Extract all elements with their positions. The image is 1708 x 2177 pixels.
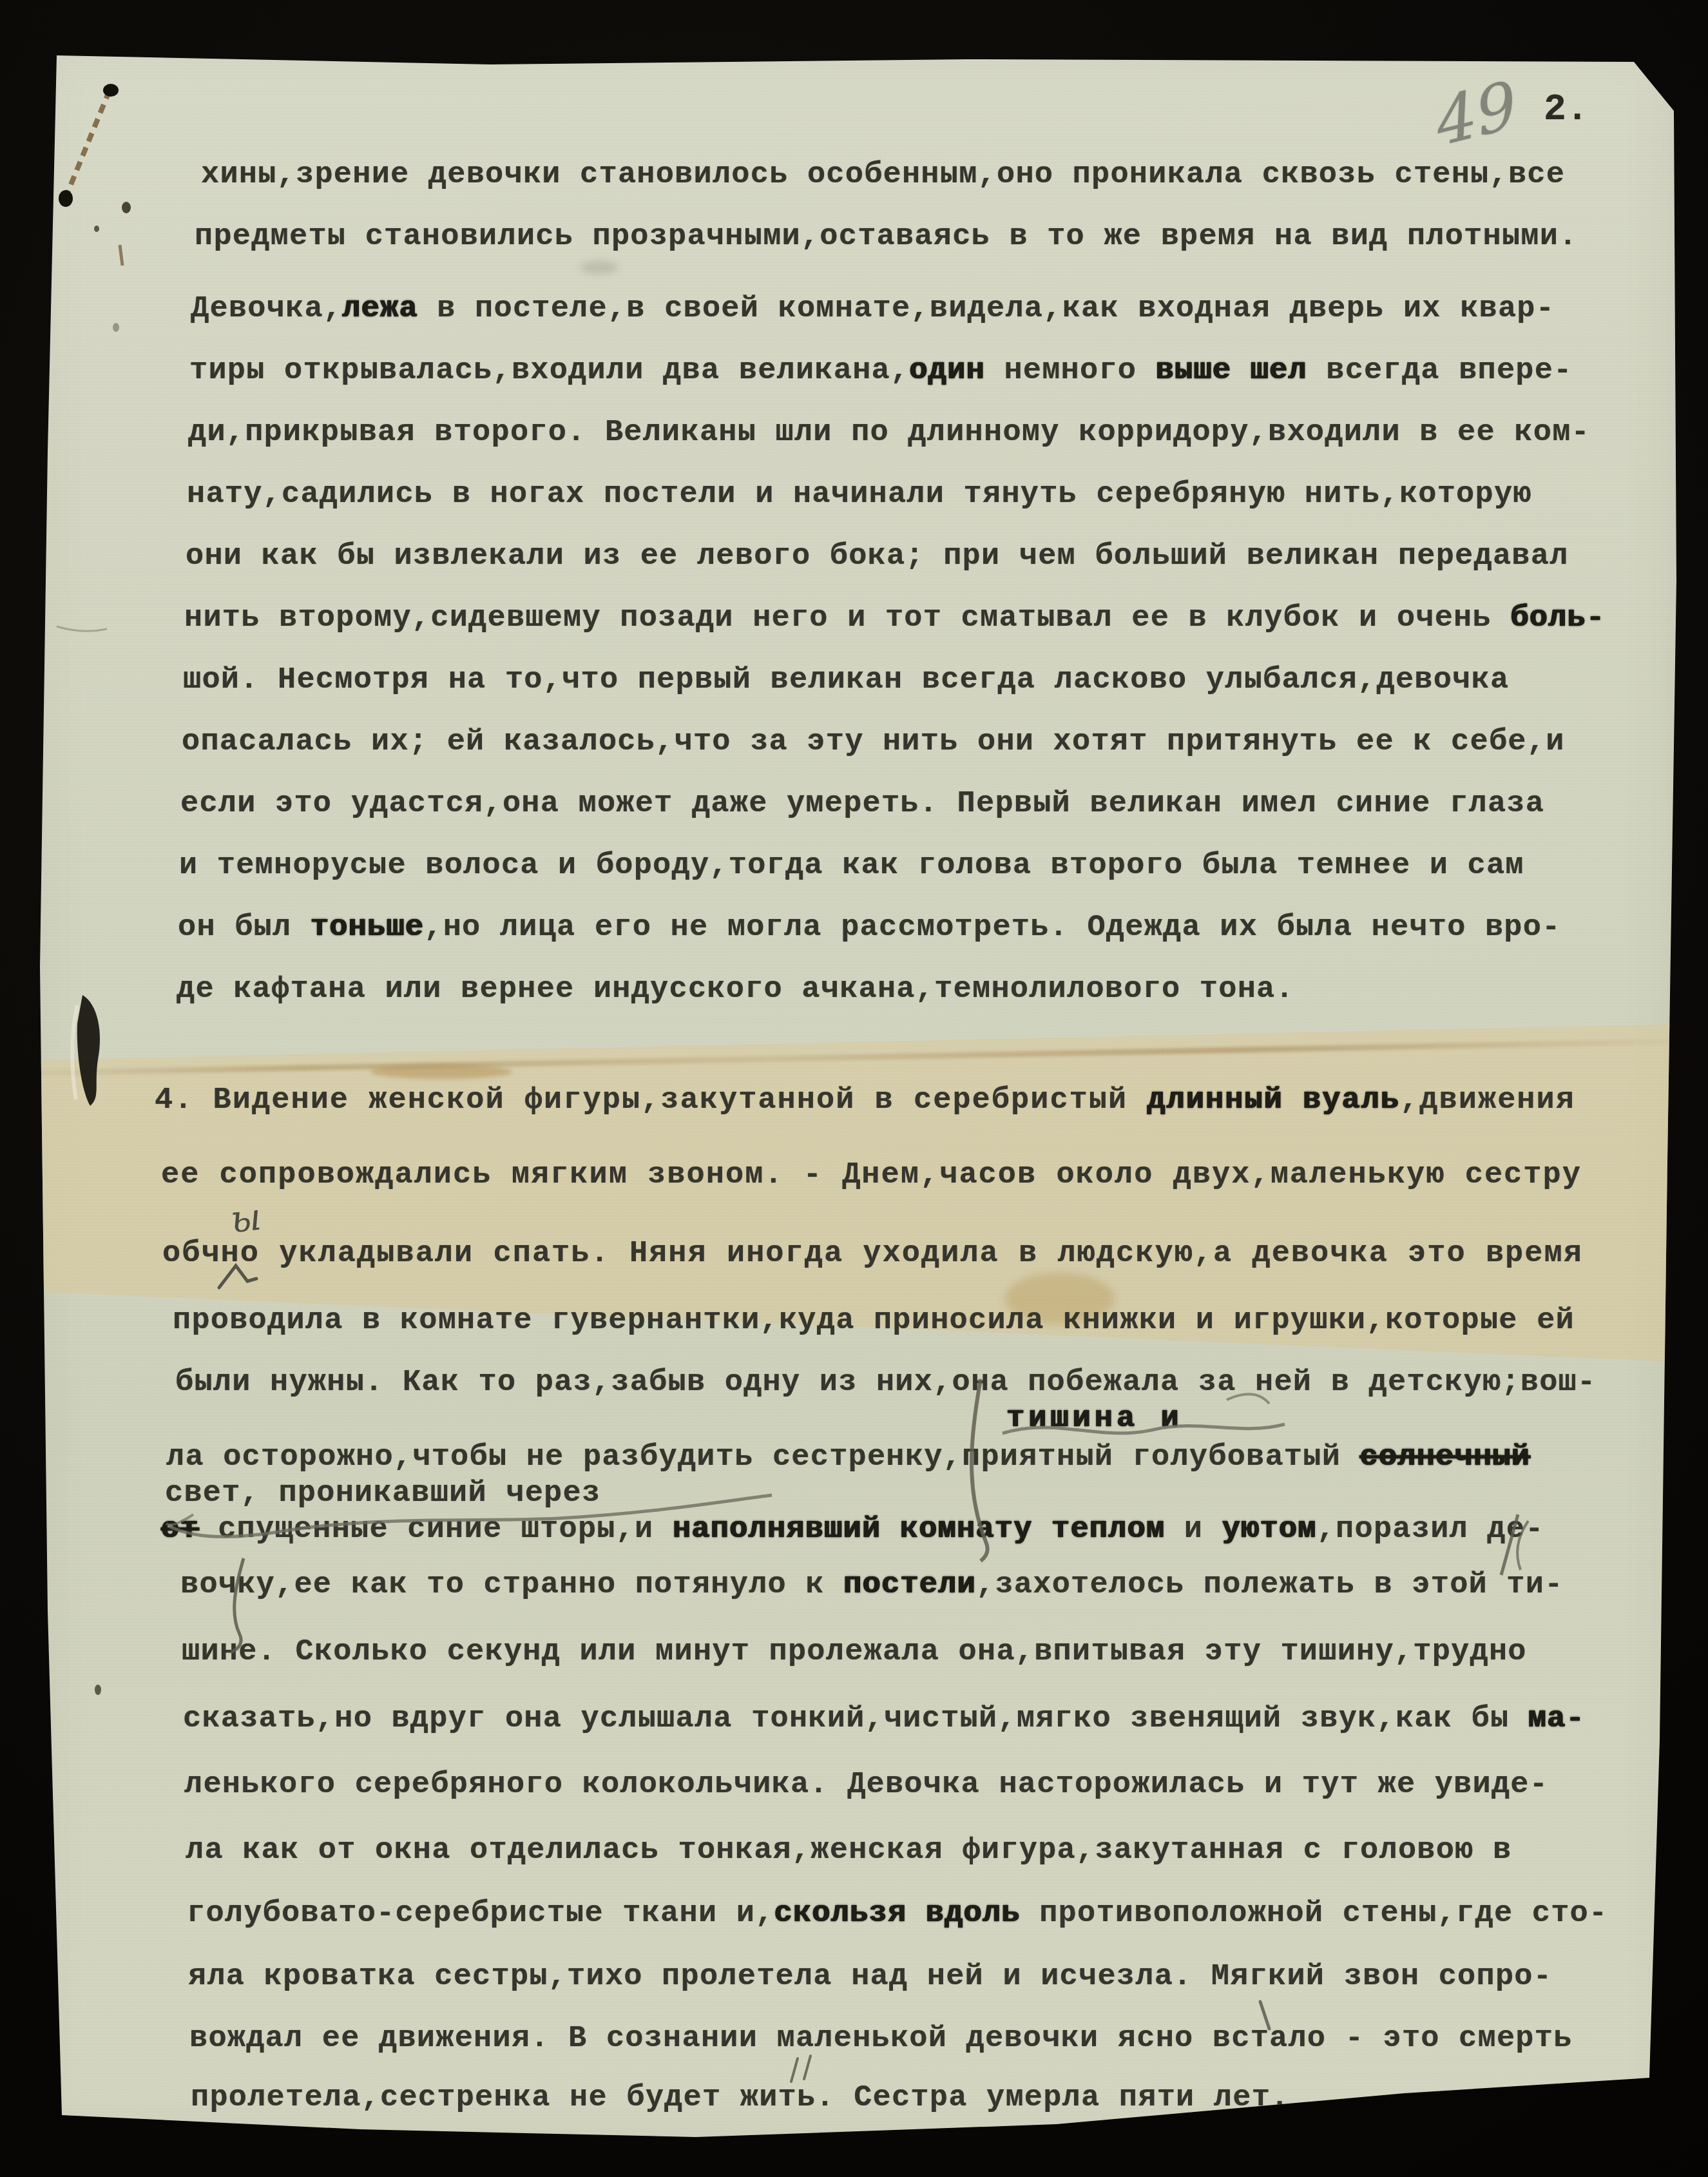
typed-text: яла кроватка сестры,тихо пролетела над н… bbox=[188, 1960, 1552, 1994]
typed-page-number: 2. bbox=[1544, 89, 1589, 131]
typed-line: они как бы извлекали из ее левого бока; … bbox=[186, 541, 1569, 572]
stitch-perforation bbox=[66, 90, 110, 197]
typed-line: предметы становились прозрачными,оставая… bbox=[195, 222, 1578, 252]
typed-line: ла осторожно,чтобы не разбудить сестренк… bbox=[166, 1442, 1530, 1473]
overtyped-text: постели bbox=[843, 1568, 976, 1602]
typed-line: если это удастся,она может даже умереть.… bbox=[180, 789, 1544, 819]
typed-line: проводила в комнате гувернантки,куда при… bbox=[173, 1306, 1575, 1336]
typed-text: нить второму,сидевшему позади него и тот… bbox=[184, 601, 1510, 635]
typed-text: ленького серебряного колокольчика. Девоч… bbox=[184, 1768, 1548, 1802]
overtyped-text: один bbox=[909, 354, 985, 388]
typed-text: обчно укладывали спать. Няня иногда уход… bbox=[162, 1237, 1583, 1271]
overtyped-text: уютом bbox=[1222, 1513, 1317, 1547]
overtyped-text: выше шел bbox=[1156, 354, 1307, 388]
overtyped-text: ма- bbox=[1528, 1702, 1585, 1736]
typed-text: в постеле,в своей комнате,видела,как вхо… bbox=[418, 292, 1555, 326]
typed-text: ,захотелось полежать в этой ти- bbox=[976, 1568, 1564, 1602]
typed-line: тиры открывалась,входили два великана,од… bbox=[189, 356, 1573, 386]
tear-highlight bbox=[72, 1005, 77, 1099]
typed-text: де кафтана или вернее индусского ачкана,… bbox=[177, 972, 1294, 1007]
typed-text: пролетела,сестренка не будет жить. Сестр… bbox=[191, 2081, 1289, 2115]
paper-tear bbox=[77, 995, 100, 1106]
typed-text: ,движения bbox=[1400, 1083, 1575, 1118]
paper-stain bbox=[580, 261, 619, 274]
pencil-page-number: 49 bbox=[1432, 66, 1522, 161]
typed-line: опасалась их; ей казалось,что за эту нит… bbox=[182, 727, 1565, 757]
typed-text: голубовато-серебристые ткани и, bbox=[187, 1897, 774, 1931]
typed-line: ее сопровождались мягким звоном. - Днем,… bbox=[161, 1160, 1582, 1190]
typed-line: свет, проникавший через bbox=[165, 1478, 600, 1509]
typed-text: они как бы извлекали из ее левого бока; … bbox=[186, 539, 1569, 574]
pencil-double-tick bbox=[791, 2056, 811, 2082]
typed-text: проводила в комнате гувернантки,куда при… bbox=[173, 1304, 1575, 1338]
typed-text: сказать,но вдруг она услышала тонкий,чис… bbox=[183, 1702, 1528, 1736]
typed-text: свет, проникавший через bbox=[165, 1476, 600, 1511]
typed-line: от спущенные синие шторы,и наполнявший к… bbox=[161, 1514, 1544, 1545]
typed-text: и bbox=[1165, 1513, 1222, 1547]
overtyped-text: тоньше bbox=[311, 911, 424, 945]
typed-text: и темнорусые волоса и бороду,тогда как г… bbox=[179, 849, 1524, 883]
typed-text: ,но лица его не могла рассмотреть. Одежд… bbox=[424, 911, 1560, 945]
overtyped-text: скользя вдоль bbox=[774, 1897, 1021, 1931]
typed-text: нату,садились в ногах постели и начинали… bbox=[187, 478, 1532, 512]
typed-text: он был bbox=[178, 911, 311, 945]
typed-line: сказать,но вдруг она услышала тонкий,чис… bbox=[183, 1704, 1585, 1734]
typed-text: шой. Несмотря на то,что первый великан в… bbox=[183, 663, 1509, 697]
typed-text: противоположной стены,где сто- bbox=[1021, 1897, 1608, 1931]
typed-line: 4. Видение женской фигуры,закутанной в с… bbox=[155, 1085, 1575, 1116]
paper-speck bbox=[120, 245, 122, 266]
typed-line: шине. Сколько секунд или минут пролежала… bbox=[182, 1637, 1527, 1667]
overtyped-text: наполнявший комнату теплом bbox=[673, 1513, 1166, 1547]
stitch-hole-top bbox=[103, 84, 119, 97]
typed-line: и темнорусые волоса и бороду,тогда как г… bbox=[179, 851, 1524, 881]
typed-line: голубовато-серебристые ткани и,скользя в… bbox=[187, 1899, 1607, 1929]
typed-text: ее сопровождались мягким звоном. - Днем,… bbox=[161, 1158, 1582, 1192]
typed-line: ла как от окна отделилась тонкая,женская… bbox=[186, 1835, 1511, 1866]
scanned-typescript-page: { "page": { "page_number_typed": "2.", "… bbox=[0, 0, 1708, 2177]
typed-line: хины,зрение девочки становилось особенны… bbox=[201, 160, 1565, 190]
handwritten-correction: ы bbox=[229, 1195, 264, 1242]
typed-text: всегда впере- bbox=[1307, 354, 1573, 388]
paper-speck bbox=[94, 226, 99, 232]
typed-line: ленького серебряного колокольчика. Девоч… bbox=[184, 1770, 1548, 1800]
typed-text: ди,прикрывая второго. Великаны шли по дл… bbox=[188, 416, 1590, 450]
typed-line: де кафтана или вернее индусского ачкана,… bbox=[177, 974, 1294, 1005]
typed-line: обчно укладывали спать. Няня иногда уход… bbox=[162, 1239, 1583, 1269]
typed-line: пролетела,сестренка не будет жить. Сестр… bbox=[191, 2083, 1289, 2113]
typed-line: нить второму,сидевшему позади него и тот… bbox=[184, 603, 1605, 634]
typed-text: тиры открывалась,входили два великана, bbox=[189, 354, 909, 388]
paper-speck bbox=[122, 202, 131, 213]
paper-sheet: 2. 49 хины,зрение девочки становилось ос… bbox=[0, 0, 1708, 2177]
typed-text: спущенные синие шторы,и bbox=[199, 1513, 673, 1547]
paper-speck bbox=[113, 323, 119, 332]
typed-line: тишина и bbox=[1006, 1404, 1183, 1434]
typed-text: были нужны. Как то раз,забыв одну из них… bbox=[175, 1366, 1596, 1400]
typed-text: шине. Сколько секунд или минут пролежала… bbox=[182, 1635, 1527, 1669]
typed-line: Девочка,лежа в постеле,в своей комнате,в… bbox=[191, 294, 1555, 324]
typed-text: ,поразил де- bbox=[1317, 1513, 1544, 1547]
typed-line: шой. Несмотря на то,что первый великан в… bbox=[183, 665, 1509, 695]
typed-text: вочку,ее как то странно потянуло к bbox=[180, 1568, 843, 1602]
typed-line: ди,прикрывая второго. Великаны шли по дл… bbox=[188, 418, 1590, 448]
typed-line: были нужны. Как то раз,забыв одну из них… bbox=[175, 1368, 1596, 1398]
typed-text: 4. Видение женской фигуры,закутанной в с… bbox=[155, 1083, 1147, 1118]
overtyped-text: длинный вуаль bbox=[1147, 1083, 1400, 1118]
typed-text: ла осторожно,чтобы не разбудить сестренк… bbox=[166, 1440, 1360, 1475]
typed-text: немного bbox=[985, 354, 1156, 388]
typed-line: вочку,ее как то странно потянуло к посте… bbox=[180, 1570, 1564, 1600]
typed-line: нату,садились в ногах постели и начинали… bbox=[187, 479, 1532, 510]
struck-out-text: от bbox=[161, 1513, 199, 1547]
overtyped-text: боль- bbox=[1510, 601, 1605, 635]
typed-text: Девочка, bbox=[191, 292, 342, 326]
overtyped-text: тишина и bbox=[1006, 1402, 1183, 1436]
stitch-hole-bottom bbox=[59, 190, 73, 207]
paper-speck bbox=[95, 1685, 101, 1695]
typed-line: он был тоньше,но лица его не могла рассм… bbox=[178, 913, 1561, 943]
typed-text: опасалась их; ей казалось,что за эту нит… bbox=[182, 725, 1565, 759]
typed-text: вождал ее движения. В сознании маленькой… bbox=[189, 2022, 1573, 2056]
overtyped-text: лежа bbox=[342, 292, 418, 326]
typed-text: ла как от окна отделилась тонкая,женская… bbox=[186, 1834, 1511, 1868]
typed-text: хины,зрение девочки становилось особенны… bbox=[201, 158, 1565, 192]
typed-text: предметы становились прозрачными,оставая… bbox=[195, 220, 1578, 254]
typed-line: вождал ее движения. В сознании маленькой… bbox=[189, 2024, 1573, 2054]
typed-line: яла кроватка сестры,тихо пролетела над н… bbox=[188, 1962, 1552, 1992]
edge-crack bbox=[57, 626, 107, 631]
typed-text: если это удастся,она может даже умереть.… bbox=[180, 787, 1544, 821]
paper-seam bbox=[0, 1038, 1708, 1077]
struck-out-text: солнечный bbox=[1360, 1440, 1531, 1475]
